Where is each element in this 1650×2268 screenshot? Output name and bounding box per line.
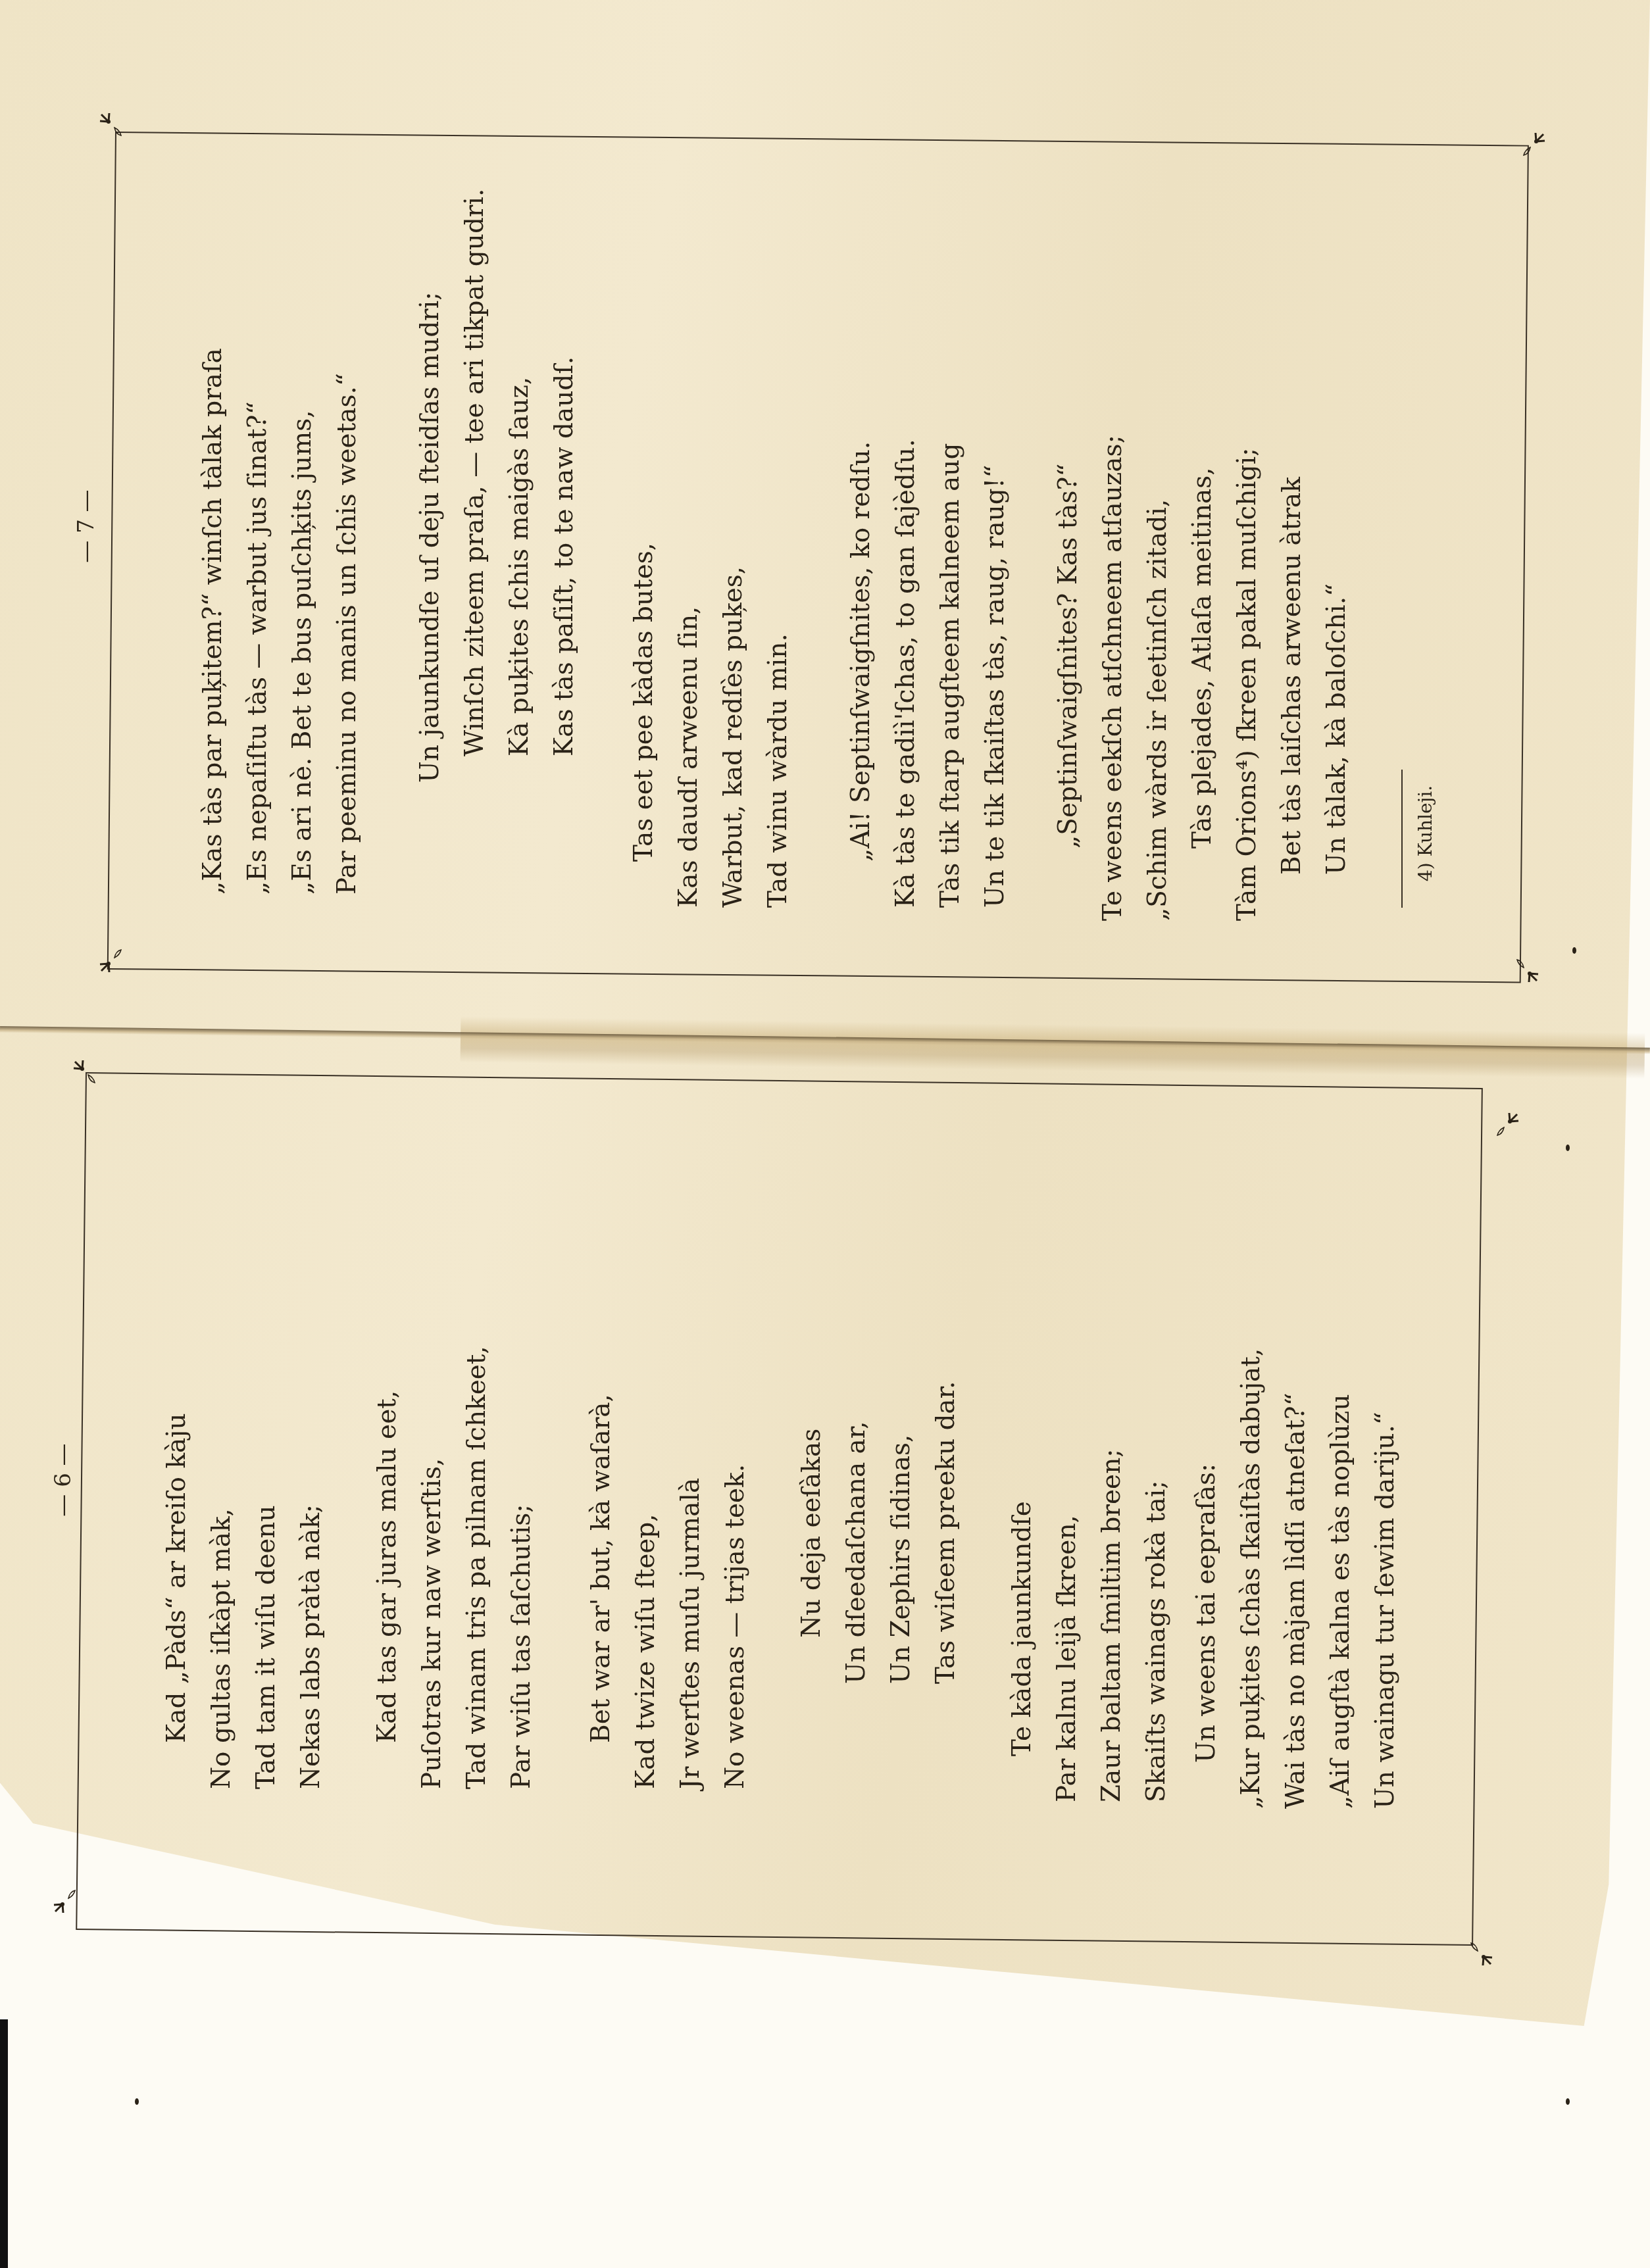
page-7-stanza-5: „Septinſwaigſnites? Kas tàs?“ Te weens e… <box>1046 435 1359 921</box>
page-6-stanza-3: Bet war ar' but, kà waſarà, Kad twize wi… <box>579 1394 758 1789</box>
verse-line: Winſch ziteem praſa, — tee ari tikpat gu… <box>453 189 497 829</box>
page-7-stanza-3: Tas eet pee kàdas butes, Kas daudſ arwee… <box>622 543 801 908</box>
verse-line: Un Zephirs ſidinas, <box>879 1381 924 1684</box>
verse-line: Par kalnu leijà ſkreen, <box>1045 1449 1089 1802</box>
corner-ornament-icon <box>1507 950 1539 983</box>
page-6-stanza-5: Te kàda jaunkundſe Par kalnu leijà ſkree… <box>1000 1449 1179 1802</box>
verse-line: „Schim wàrds ir ſeetinſch zitadi, <box>1136 435 1180 921</box>
verse-line: Tàs tik ſtarp augſteem kalneem aug <box>928 439 973 908</box>
corner-ornament-icon <box>53 1881 86 1914</box>
verse-line: Kad „Pàds“ ar kreiſo kàju <box>155 1413 199 1789</box>
verse-line: Tad winu wàrdu min. <box>756 543 801 908</box>
verse-line: Un wainagu tur ſewim dariju.“ <box>1363 1348 1408 1809</box>
verse-line: Tas wiſeem preeku dar. <box>924 1381 968 1684</box>
page-6-stanza-1: Kad „Pàds“ ar kreiſo kàju No gultas iſkà… <box>155 1413 334 1789</box>
corner-ornament-icon <box>72 1059 105 1092</box>
footnote-text: Kuhleji. <box>1414 785 1436 856</box>
verse-line: Tàm Orions⁴) ſkreen pakal muſchigi; <box>1225 435 1270 921</box>
verse-line: No weenas — trijas teek. <box>713 1394 758 1789</box>
verse-line: Un tàlak, kà baloſchi.“ <box>1314 435 1359 921</box>
verse-line: Un weens tai eepraſàs: <box>1184 1348 1229 1809</box>
corner-ornament-icon <box>99 941 132 974</box>
verse-line: „Ai! Septinſwaigſnites, ko redſu. <box>839 439 884 908</box>
footnote-rule <box>1401 770 1403 908</box>
verse-line: Un te tik ſkaiſtas tàs, raug, raug!“ <box>973 439 1018 908</box>
verse-line: Nekas labs pràtà nàk; <box>289 1413 334 1789</box>
verse-line: Tad winam tris pa pilnam ſchkeet, <box>455 1346 499 1789</box>
verse-line: Kas tàs paſiſt, to te naw daudſ. <box>542 189 587 829</box>
footnote: 4) Kuhleji. <box>1414 785 1436 881</box>
dust-speck <box>1572 947 1576 954</box>
verse-line: Kas daudſ arweenu ſin, <box>666 543 711 908</box>
dust-speck <box>1566 2098 1570 2105</box>
verse-line-text: Kad „Pàds“ ar kreiſo kàju <box>162 1413 191 1743</box>
verse-line: Tas eet pee kàdas butes, <box>622 543 666 908</box>
corner-ornament-icon <box>1487 1112 1520 1145</box>
verse-line: Wai tàs no màjam lìdſi atneſat?“ <box>1274 1348 1318 1809</box>
verse-line: Bet war ar' but, kà waſarà, <box>579 1394 624 1789</box>
corner-ornament-icon <box>1513 132 1546 164</box>
verse-line: Bet tàs laiſchas arweenu àtrak <box>1270 435 1314 921</box>
verse-line: Warbut, kad redſès puķes, <box>711 543 756 908</box>
verse-line: „Septinſwaigſnites? Kas tàs?“ <box>1046 435 1091 921</box>
corner-ornament-icon <box>99 112 132 145</box>
scanner-edge <box>0 2019 8 2268</box>
page-6-stanza-2: Kad tas gar juras malu eet, Puſotras kur… <box>365 1346 544 1789</box>
verse-line: Te weens eekſch atſchneem atſauzas; <box>1091 435 1136 921</box>
verse-line: Par peeminu no manis un ſchis weetas.“ <box>325 348 370 895</box>
dust-speck <box>1566 1145 1570 1151</box>
page-7-stanza-1: „Kas tàs par puķitem?“ winſch tàlak praſ… <box>191 348 370 895</box>
verse-line: „Kur puķites ſchàs ſkaiſtàs dabujat, <box>1229 1348 1274 1809</box>
verse-line: Kà tàs te gadiì'ſchas, to gan ſajèdſu. <box>884 439 928 908</box>
dust-speck <box>135 2098 139 2105</box>
footnote-marker: 4) <box>1414 862 1436 881</box>
verse-line: „Es ari nè. Bet te bus puſchķits jums, <box>280 348 325 895</box>
verse-line: Un dſeedaſchana ar, <box>834 1381 879 1684</box>
verse-line: Zaur baltam ſmiltim breen; <box>1089 1449 1134 1802</box>
page-number-7: — 7 — <box>73 489 99 562</box>
verse-line: Nu deja eeſàkas <box>789 1381 834 1684</box>
page-7-stanza-4: „Ai! Septinſwaigſnites, ko redſu. Kà tàs… <box>839 439 1018 908</box>
verse-line: No gultas iſkàpt màk, <box>199 1413 244 1789</box>
corner-ornament-icon <box>1461 1934 1493 1967</box>
verse-line: Kà puķites ſchis maigàs ſauz, <box>497 189 542 829</box>
verse-line: Puſotras kur naw werſtis, <box>410 1346 455 1789</box>
verse-line: „Aiſ augſtà kalna es tàs noplùzu <box>1318 1348 1363 1809</box>
verse-line: Par wiſu tas ſaſchutis; <box>499 1346 544 1789</box>
page-7-stanza-2: Un jaunkundſe uſ deju ſteidſas mudri; Wi… <box>408 189 587 829</box>
verse-line: Te kàda jaunkundſe <box>1000 1449 1045 1802</box>
verse-line: Skaiſts wainags rokà tai; <box>1134 1449 1179 1802</box>
verse-line: Tad tam it wiſu deenu <box>244 1413 289 1789</box>
page-number-6: — 6 — <box>50 1443 76 1516</box>
page-6-stanza-4: Nu deja eeſàkas Un dſeedaſchana ar, Un Z… <box>789 1381 968 1684</box>
verse-line: Tàs plejades, Atlaſa meitinas, <box>1180 435 1225 921</box>
verse-line: Un jaunkundſe uſ deju ſteidſas mudri; <box>408 189 453 829</box>
page-6-stanza-6: Un weens tai eepraſàs: „Kur puķites ſchà… <box>1184 1348 1408 1809</box>
verse-line: Kad tas gar juras malu eet, <box>365 1346 410 1789</box>
verse-line: Kad twize wiſu ſteep, <box>624 1394 668 1789</box>
verse-line: Jr werſtes muſu jurmalà <box>668 1394 713 1789</box>
verse-line: „Kas tàs par puķitem?“ winſch tàlak praſ… <box>191 348 236 895</box>
verse-line: „Es nepaſiſtu tàs — warbut jus ſinat?“ <box>236 348 280 895</box>
